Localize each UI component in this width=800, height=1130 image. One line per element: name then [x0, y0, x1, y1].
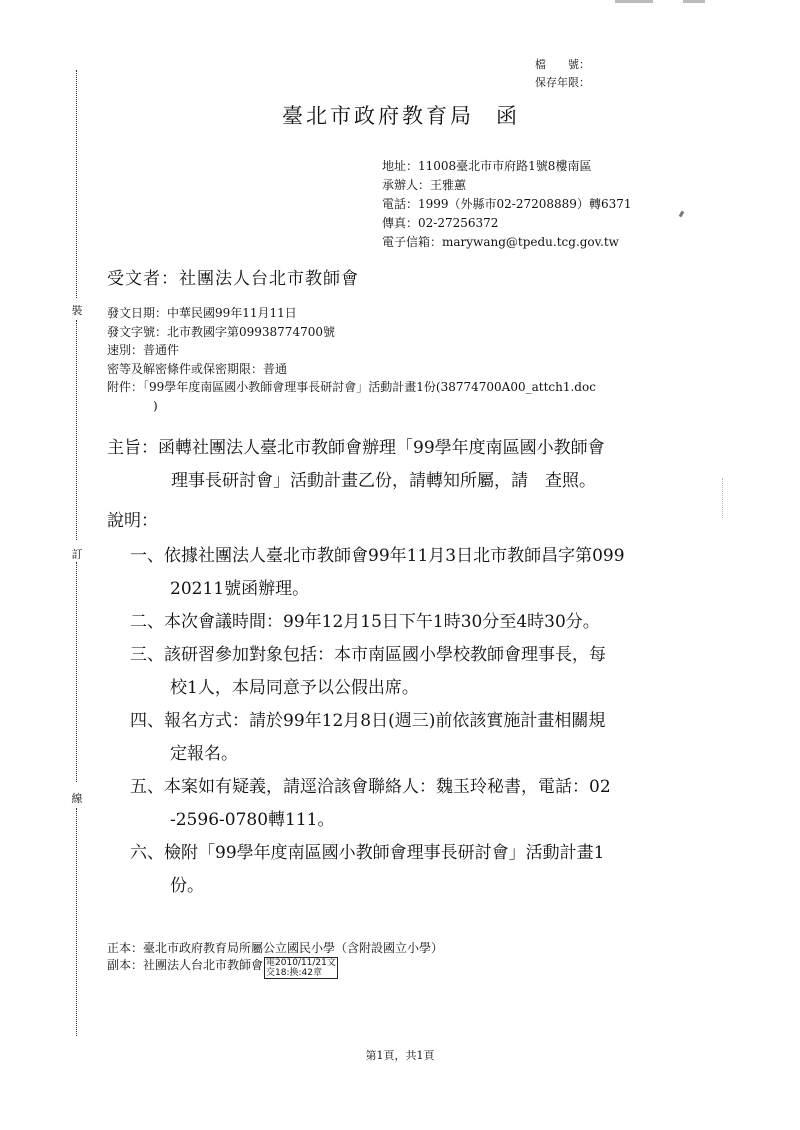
- distribution: 正本：臺北市政府教育局所屬公立國民小學（含附設國立小學） 副本：社團法人台北市教…: [107, 940, 443, 979]
- subject: 主旨：函轉社團法人臺北市教師會辦理「99學年度南區國小教師會 理事長研討會」活動…: [107, 432, 605, 498]
- binding-label-staple: 訂: [70, 546, 84, 562]
- received-stamp: 電2010/11/21文交18:换:42章: [264, 957, 338, 979]
- doc-number: 發文字號：北市教國字第09938774700號: [107, 323, 596, 342]
- archive-fields: 檔 號： 保存年限：: [535, 56, 590, 92]
- email: 電子信箱：marywang@tpedu.tcg.gov.tw: [382, 233, 631, 252]
- subject-line-2: 理事長研討會」活動計畫乙份，請轉知所屬，請 查照。: [107, 465, 605, 498]
- copy-recipients: 副本：社團法人台北市教師會電2010/11/21文交18:换:42章: [107, 957, 443, 979]
- scan-artifact: [722, 478, 723, 518]
- doc-type: 函: [496, 104, 520, 128]
- explanation-label: 說明：: [107, 506, 158, 531]
- fax: 傳真：02-27256372: [382, 214, 631, 233]
- explanation-items: 一、依據社團法人臺北市教師會99年11月3日北市教師昌字第099 20211號函…: [130, 540, 625, 903]
- scan-mark: [683, 0, 705, 3]
- binding-dots: [76, 70, 77, 298]
- agency-name: 臺北市政府教育局: [282, 104, 474, 128]
- page-title: 臺北市政府教育局函: [282, 100, 520, 130]
- binding-line: 裝 訂 線: [70, 70, 84, 1070]
- retention-label: 保存年限：: [535, 74, 590, 92]
- attachment: 附件：「99學年度南區國小教師會理事長研討會」活動計畫1份(38774700A0…: [107, 378, 596, 397]
- issue-date: 發文日期：中華民國99年11月11日: [107, 304, 596, 323]
- explanation-item-1: 一、依據社團法人臺北市教師會99年11月3日北市教師昌字第099 20211號函…: [130, 540, 625, 606]
- attachment-cont: ): [107, 397, 596, 416]
- phone: 電話：1999（外縣市02-27208889）轉6371: [382, 195, 631, 214]
- explanation-item-5: 五、本案如有疑義，請逕洽該會聯絡人：魏玉玲秘書，電話：02 -2596-0780…: [130, 771, 625, 837]
- address: 地址：11008臺北市市府路1號8樓南區: [382, 157, 631, 176]
- page-number: 第1頁，共1頁: [0, 1047, 800, 1063]
- scan-speck: [679, 211, 685, 218]
- binding-label-line: 線: [70, 790, 84, 806]
- speed: 速別：普通件: [107, 341, 596, 360]
- explanation-item-4: 四、報名方式：請於99年12月8日(週三)前依該實施計畫相關規 定報名。: [130, 705, 625, 771]
- binding-dots: [76, 562, 77, 782]
- scan-mark: [615, 0, 653, 3]
- binding-label-bind: 裝: [70, 302, 84, 318]
- binding-dots: [76, 320, 77, 540]
- explanation-item-6: 六、檢附「99學年度南區國小教師會理事長研討會」活動計畫1 份。: [130, 837, 625, 903]
- explanation-item-2: 二、本次會議時間：99年12月15日下午1時30分至4時30分。: [130, 606, 625, 639]
- file-number-label: 檔 號：: [535, 56, 590, 74]
- subject-line-1: 主旨：函轉社團法人臺北市教師會辦理「99學年度南區國小教師會: [107, 432, 605, 465]
- copy-recipients-label: 副本：社團法人台北市教師會: [107, 958, 263, 972]
- security-level: 密等及解密條件或保密期限：普通: [107, 360, 596, 379]
- handler: 承辦人：王雅蕙: [382, 176, 631, 195]
- recipient: 受文者：社團法人台北市教師會: [107, 264, 359, 289]
- document-meta: 發文日期：中華民國99年11月11日 發文字號：北市教國字第0993877470…: [107, 304, 596, 415]
- explanation-item-3: 三、該研習參加對象包括：本市南區國小學校教師會理事長，每 校1人，本局同意予以公…: [130, 639, 625, 705]
- original-recipients: 正本：臺北市政府教育局所屬公立國民小學（含附設國立小學）: [107, 940, 443, 957]
- binding-dots: [76, 808, 77, 1036]
- scan-marks: [615, 0, 705, 3]
- contact-block: 地址：11008臺北市市府路1號8樓南區 承辦人：王雅蕙 電話：1999（外縣市…: [382, 157, 631, 252]
